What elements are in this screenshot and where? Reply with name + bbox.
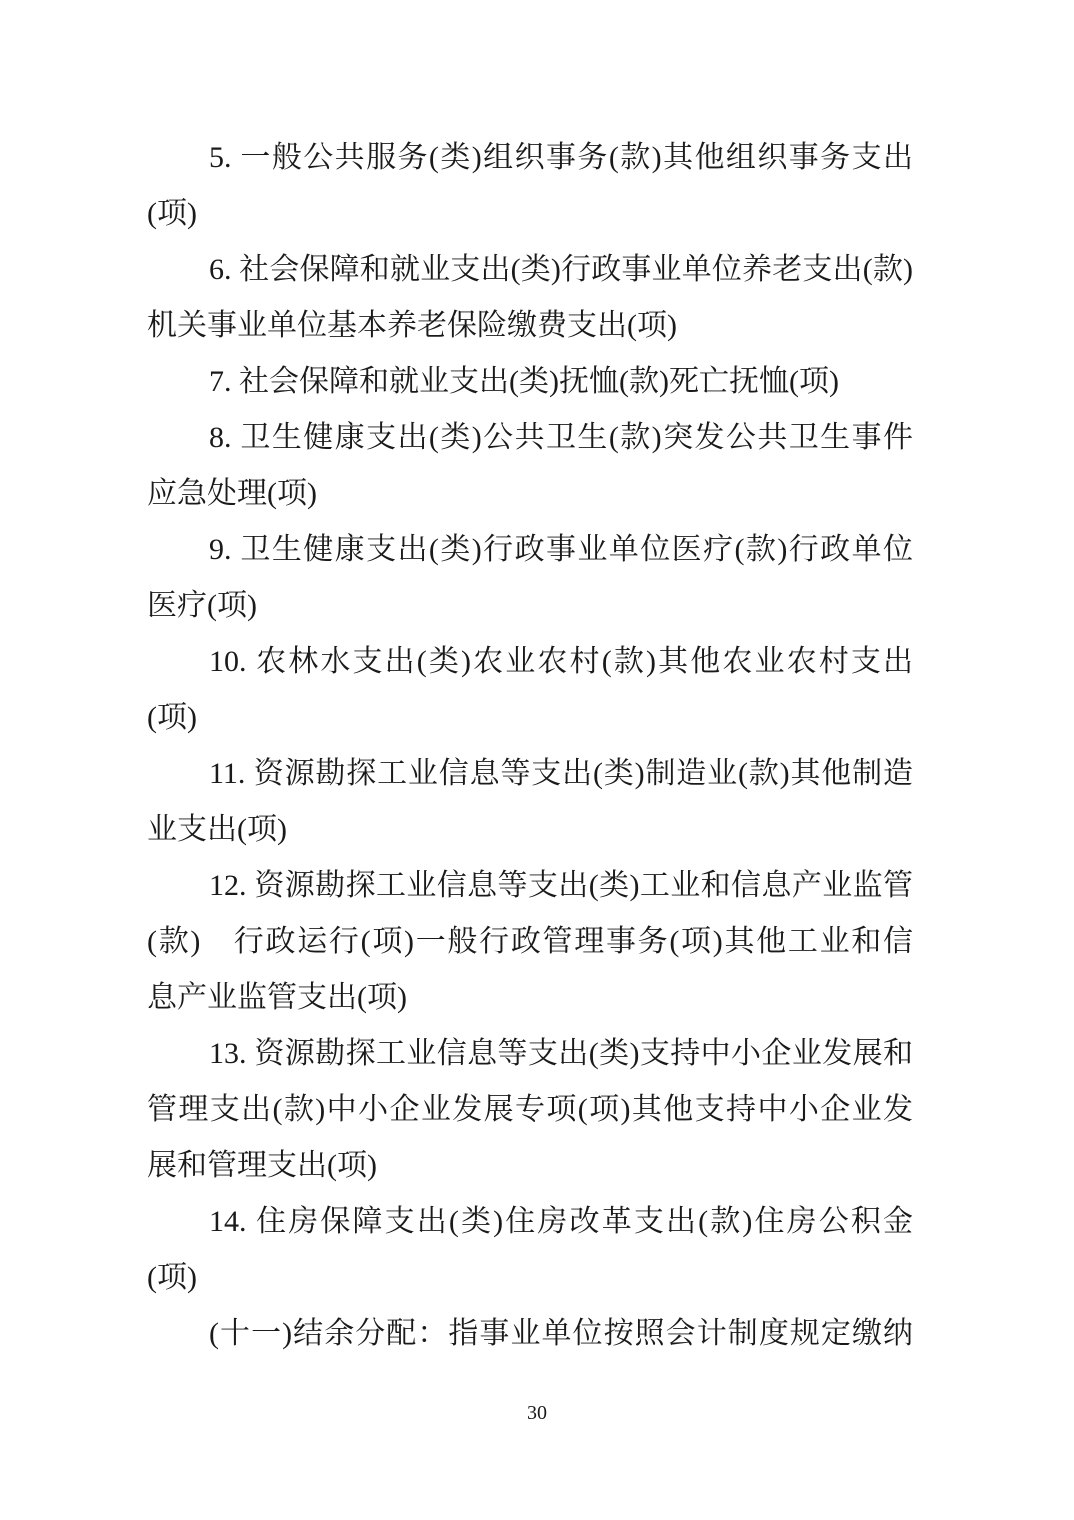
- text-line: 5. 一般公共服务(类)组织事务(款)其他组织事务支出: [147, 130, 913, 186]
- text-line: (项): [147, 690, 913, 746]
- document-body: 5. 一般公共服务(类)组织事务(款)其他组织事务支出(项)6. 社会保障和就业…: [147, 130, 913, 1362]
- text-line: 业支出(项): [147, 802, 913, 858]
- text-line: 6. 社会保障和就业支出(类)行政事业单位养老支出(款): [147, 242, 913, 298]
- text-line: 医疗(项): [147, 578, 913, 634]
- text-line: (款) 行政运行(项)一般行政管理事务(项)其他工业和信: [147, 914, 913, 970]
- text-line: 14. 住房保障支出(类)住房改革支出(款)住房公积金: [147, 1194, 913, 1250]
- text-line: 7. 社会保障和就业支出(类)抚恤(款)死亡抚恤(项): [147, 354, 913, 410]
- text-line: 11. 资源勘探工业信息等支出(类)制造业(款)其他制造: [147, 746, 913, 802]
- text-line: (项): [147, 1250, 913, 1306]
- text-line: (十一)结余分配：指事业单位按照会计制度规定缴纳的: [147, 1306, 913, 1362]
- text-line: 应急处理(项): [147, 466, 913, 522]
- text-line: 9. 卫生健康支出(类)行政事业单位医疗(款)行政单位: [147, 522, 913, 578]
- text-line: 展和管理支出(项): [147, 1138, 913, 1194]
- text-line: 10. 农林水支出(类)农业农村(款)其他农业农村支出: [147, 634, 913, 690]
- text-line: (项): [147, 186, 913, 242]
- page-number: 30: [0, 1401, 1074, 1425]
- text-line: 13. 资源勘探工业信息等支出(类)支持中小企业发展和: [147, 1026, 913, 1082]
- text-line: 息产业监管支出(项): [147, 970, 913, 1026]
- text-line: 8. 卫生健康支出(类)公共卫生(款)突发公共卫生事件: [147, 410, 913, 466]
- document-page: 5. 一般公共服务(类)组织事务(款)其他组织事务支出(项)6. 社会保障和就业…: [0, 0, 1074, 1520]
- text-line: 12. 资源勘探工业信息等支出(类)工业和信息产业监管: [147, 858, 913, 914]
- text-line: 机关事业单位基本养老保险缴费支出(项): [147, 298, 913, 354]
- text-line: 管理支出(款)中小企业发展专项(项)其他支持中小企业发: [147, 1082, 913, 1138]
